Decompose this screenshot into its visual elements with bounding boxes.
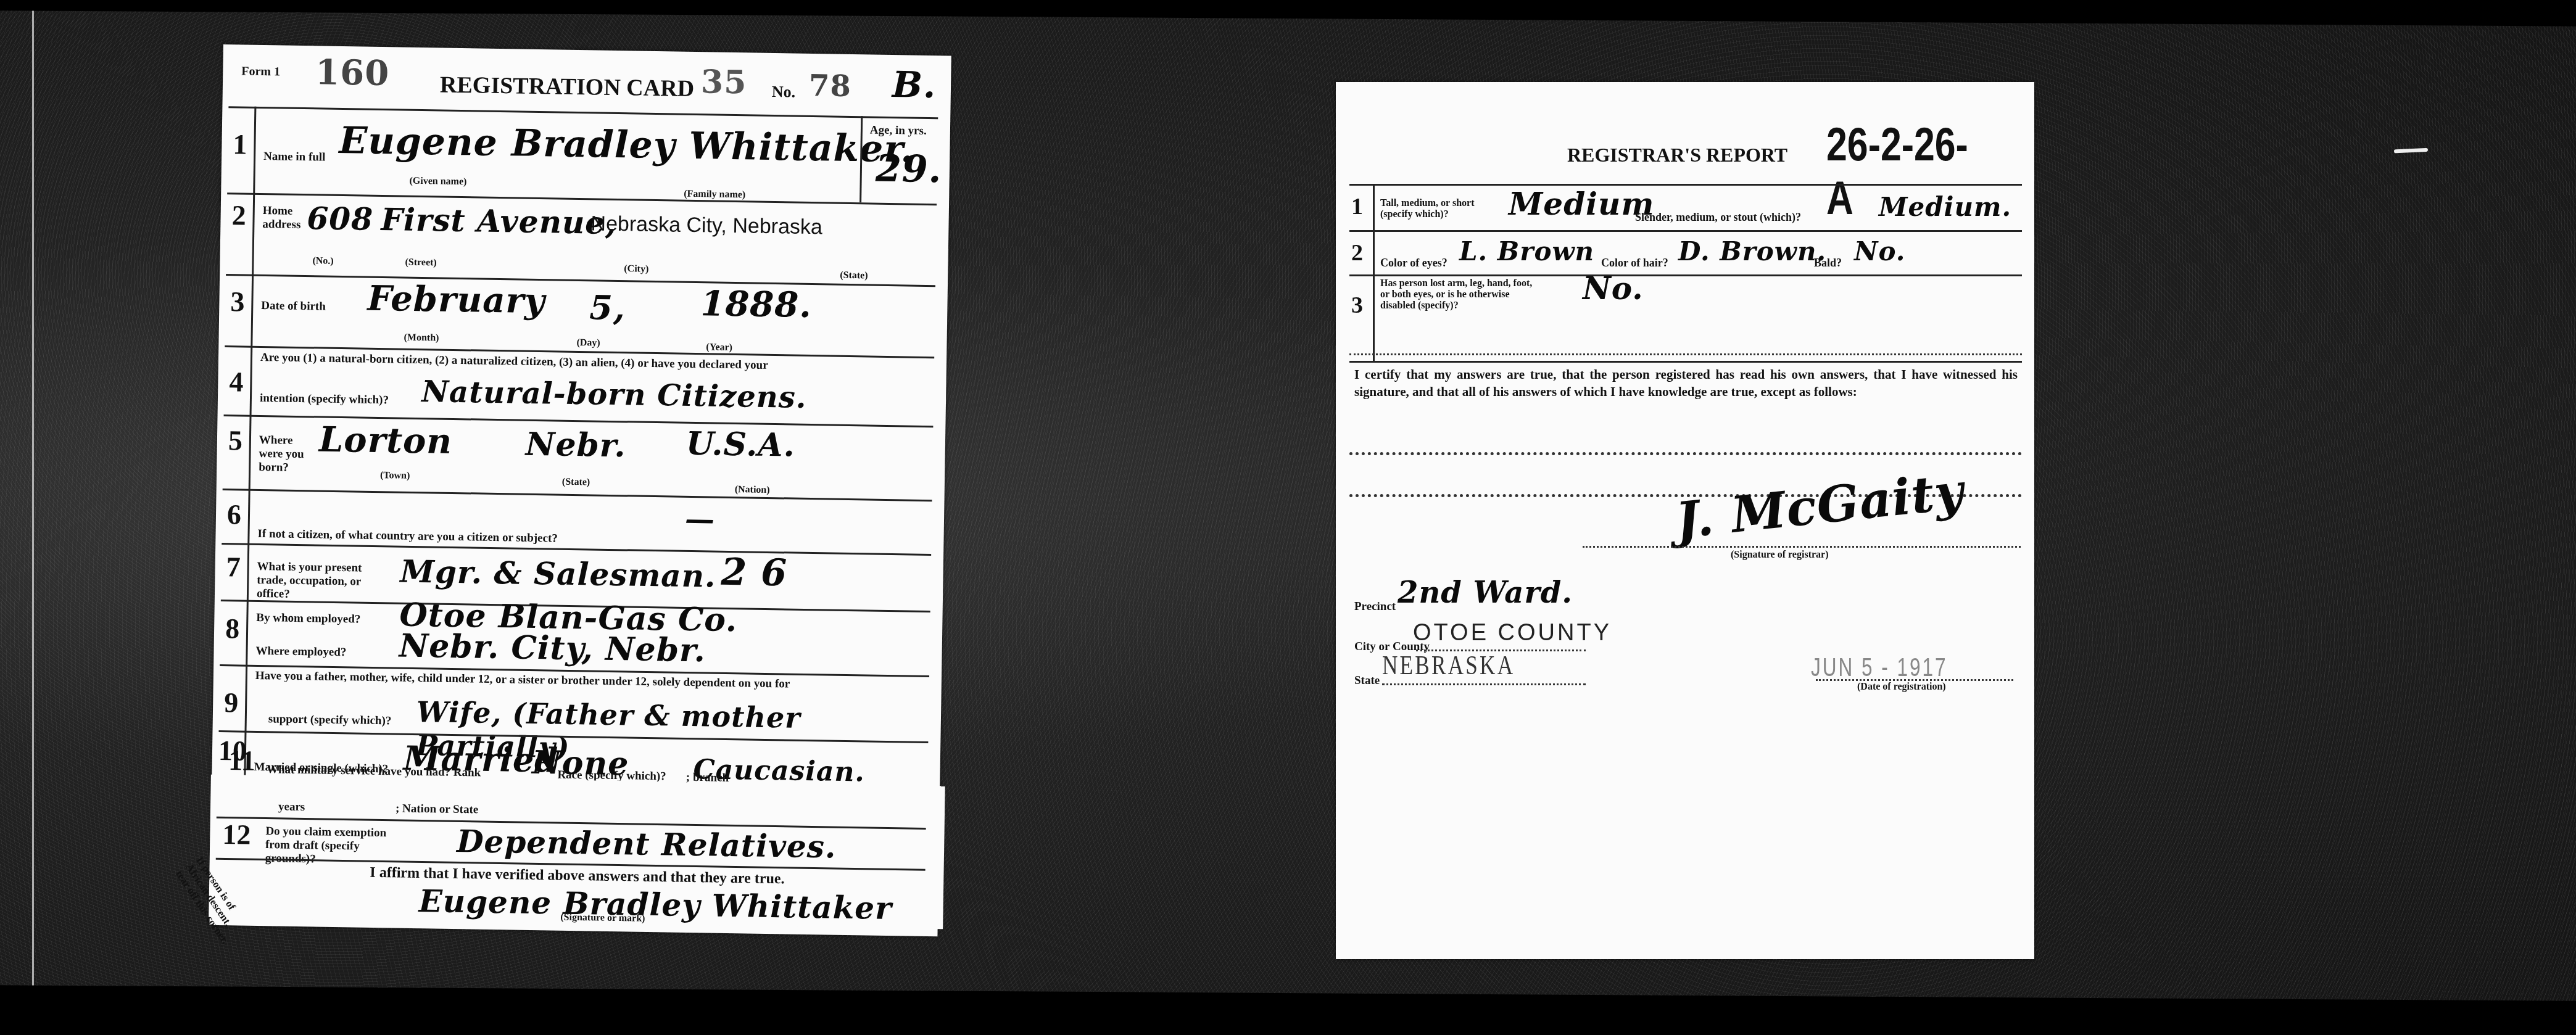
height-value: Medium: [1509, 186, 1654, 222]
state-line: [1382, 683, 1586, 685]
dob-label: Date of birth: [261, 299, 326, 314]
serial-number: 160: [315, 52, 390, 94]
citizenship-value: Natural-born Citizens.: [421, 374, 807, 415]
military-label: What military service have you had? Rank: [267, 763, 481, 780]
foreign-country-label: If not a citizen, of what country are yo…: [257, 527, 558, 546]
employment-place-label: Where employed?: [255, 645, 346, 659]
caption: (Day): [576, 337, 600, 349]
registrar-signature: J. McGaity: [1673, 462, 1966, 550]
row-number: 9: [224, 686, 239, 719]
no-label: No.: [772, 83, 796, 102]
certification-text: I certify that my answers are true, that…: [1354, 366, 2018, 400]
divider: [1349, 361, 2022, 363]
years-label: years: [278, 800, 305, 814]
row-number: 11: [228, 744, 255, 777]
row-number: 2: [231, 199, 246, 231]
state-label: State: [1354, 674, 1380, 688]
film-scratch: [2394, 148, 2428, 154]
row-number: 12: [222, 818, 251, 851]
divider: [226, 274, 935, 287]
occupation-annotation: 2 6: [721, 551, 787, 595]
build-label: Slender, medium, or stout (which)?: [1635, 210, 1801, 224]
report-title: REGISTRAR'S REPORT: [1567, 144, 1787, 167]
birthplace-nation: U.S.A.: [685, 425, 795, 464]
card-title: REGISTRATION CARD: [440, 72, 695, 102]
card-number-suffix: B.: [892, 64, 937, 106]
caption: (No.): [312, 255, 333, 267]
occupation-value: Mgr. & Salesman.: [400, 553, 716, 595]
caption: (State): [840, 270, 868, 282]
name-label: Name in full: [263, 150, 326, 165]
divider: [1349, 274, 2022, 276]
dob-month: February: [367, 278, 545, 322]
military-value: None: [532, 744, 629, 783]
row-number: 1: [1351, 193, 1363, 220]
occupation-label: What is your present trade, occupation, …: [257, 560, 387, 603]
age-value: 29.: [875, 147, 942, 192]
address-city-state: Nebraska City, Nebraska: [590, 212, 822, 239]
dependents-question: Have you a father, mother, wife, child u…: [255, 669, 922, 693]
registrars-report-card: REGISTRAR'S REPORT 26-2-26-A 1 Tall, med…: [1336, 82, 2034, 959]
precinct-label: Precinct: [1354, 600, 1396, 614]
row-number: 4: [229, 365, 244, 398]
disability-label: Has person lost arm, leg, hand, foot, or…: [1380, 278, 1534, 311]
registrar-caption: (Signature of registrar): [1731, 550, 1828, 561]
row-number: 7: [226, 550, 241, 583]
divider: [228, 106, 938, 119]
date-line: [1816, 679, 2013, 681]
film-edge-line: [32, 11, 34, 986]
eye-color-value: L. Brown: [1459, 236, 1594, 266]
column-rule: [1373, 184, 1375, 363]
caption: (Year): [706, 342, 732, 353]
family-name-caption: (Family name): [684, 189, 745, 201]
precinct-value: 2nd Ward.: [1398, 575, 1573, 610]
registration-card-footer: 11 What military service have you had? R…: [209, 775, 945, 930]
form-label: Form 1: [241, 64, 280, 79]
build-value: Medium.: [1879, 192, 2011, 222]
divider: [1349, 184, 2022, 186]
hair-color-label: Color of hair?: [1601, 256, 1668, 270]
divider: [222, 543, 931, 556]
nation-label: ; Nation or State: [396, 802, 479, 817]
bald-value: No.: [1854, 236, 1905, 266]
caption: (Month): [404, 332, 439, 344]
dependents-label: support (specify which)?: [268, 712, 392, 728]
eye-color-label: Color of eyes?: [1380, 256, 1447, 270]
employer-label: By whom employed?: [256, 611, 360, 627]
employment-place-value: Nebr. City, Nebr.: [399, 627, 706, 670]
birthplace-town: Lorton: [318, 419, 452, 462]
divider: [223, 489, 932, 501]
home-address-label: Home address: [262, 204, 312, 232]
order-prefix: 35: [701, 63, 747, 101]
signature-line: [1583, 546, 2021, 548]
row-number: 5: [228, 424, 243, 456]
row-number: 3: [230, 285, 245, 318]
row-number: 1: [233, 128, 247, 160]
branch-label: ; branch: [686, 771, 729, 785]
name-value: Eugene Bradley Whittaker.: [339, 119, 914, 171]
row-number: 2: [1351, 239, 1363, 266]
exemption-value: Dependent Relatives.: [457, 823, 837, 865]
height-label: Tall, medium, or short (specify which)?: [1380, 198, 1504, 220]
bald-label: Bald?: [1814, 256, 1842, 270]
birthplace-state: Nebr.: [525, 426, 626, 465]
address-number: 608: [307, 200, 373, 237]
registration-date-stamp: JUN 5 - 1917: [1811, 653, 1948, 682]
disability-value: No.: [1583, 270, 1644, 307]
caption: (Nation): [735, 484, 770, 496]
given-name-caption: (Given name): [409, 176, 466, 188]
caption: (City): [624, 263, 648, 275]
citizenship-label: intention (specify which)?: [260, 392, 389, 407]
caption: (Town): [380, 470, 410, 482]
row-number: 8: [225, 612, 240, 645]
registrant-signature: Eugene Bradley Whittaker: [418, 883, 892, 926]
address-street: First Avenue,: [381, 201, 617, 241]
hair-color-value: D. Brown.: [1678, 236, 1826, 266]
foreign-country-value: —: [685, 502, 716, 537]
signature-caption: (Signature or mark): [560, 912, 645, 925]
row-number: 6: [227, 498, 242, 530]
dob-year: 1888.: [700, 283, 812, 326]
age-label: Age, in yrs.: [870, 123, 927, 138]
divider: [1349, 230, 2022, 232]
city-county-value: OTOE COUNTY: [1413, 620, 1612, 646]
divider: [1349, 353, 2022, 355]
caption: (Street): [405, 257, 437, 269]
card-number: 78: [809, 68, 852, 104]
dob-day: 5,: [589, 287, 626, 328]
date-caption: (Date of registration): [1857, 682, 1946, 693]
exceptions-line: [1349, 452, 2022, 455]
birthplace-label: Where were you born?: [259, 434, 315, 475]
state-value: NEBRASKA: [1382, 649, 1515, 681]
caption: (State): [562, 477, 590, 489]
row-number: 3: [1351, 292, 1363, 319]
